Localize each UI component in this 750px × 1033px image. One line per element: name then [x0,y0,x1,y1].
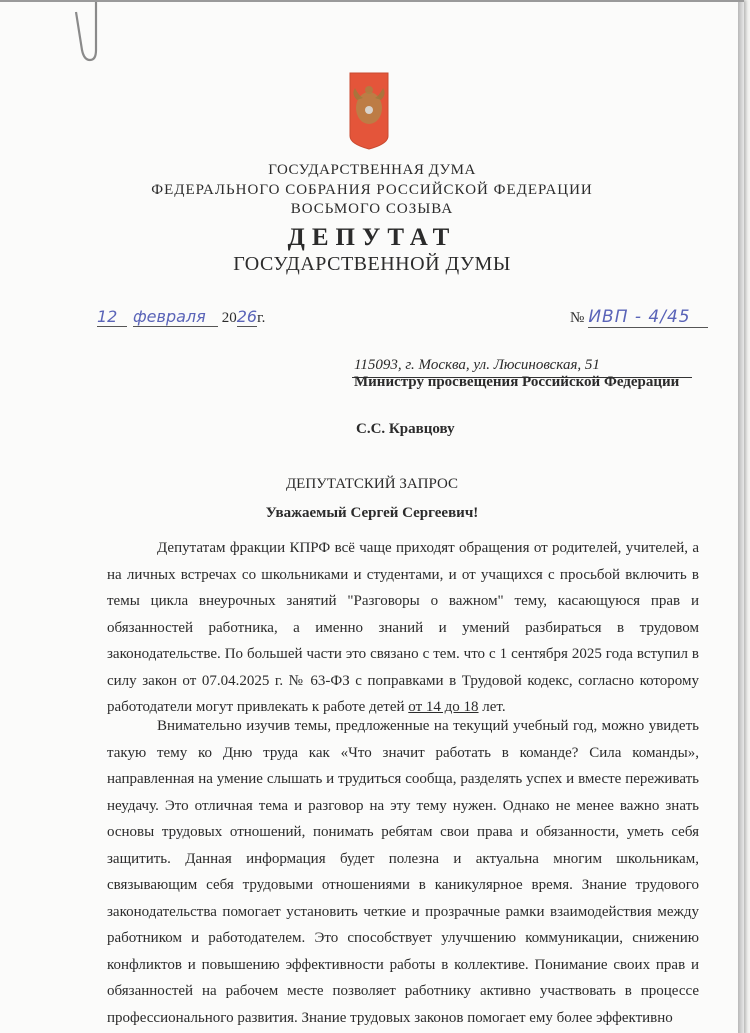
document-date: 12февраля 2026г. [97,307,265,327]
letter-title: ДЕПУТАТСКИЙ ЗАПРОС [0,476,744,493]
paragraph-2-text: Внимательно изучив темы, предложенные на… [107,713,699,1031]
document-page: ГОСУДАРСТВЕННАЯ ДУМА ФЕДЕРАЛЬНОГО СОБРАН… [0,0,744,1033]
paragraph-2: Внимательно изучив темы, предложенные на… [107,713,699,1031]
recipient-position: Министру просвещения Российской Федераци… [354,374,679,391]
recipient-address: 115093, г. Москва, ул. Люсиновская, 51 [354,357,600,374]
header-deputy-title: ДЕПУТАТ [0,224,744,252]
header-state-duma: ГОСУДАРСТВЕННАЯ ДУМА [0,162,744,179]
recipient-name: С.С. Кравцову [356,421,455,438]
date-year-suffix: 26 [237,307,257,327]
letter-salutation: Уважаемый Сергей Сергеевич! [0,505,744,522]
header-convocation: ВОСЬМОГО СОЗЫВА [0,201,744,218]
date-day: 12 [97,307,127,327]
paragraph-1-main: Депутатам фракции КПРФ всё чаще приходят… [107,540,699,715]
header-deputy-subtitle: ГОСУДАРСТВЕННОЙ ДУМЫ [0,253,744,276]
paragraph-1: Депутатам фракции КПРФ всё чаще приходят… [107,535,699,721]
number-label: № [570,310,584,326]
date-month: февраля [133,307,218,327]
document-number: №ИВП - 4/45 [570,307,708,328]
number-value: ИВП - 4/45 [588,307,708,328]
date-year-prefix: 20 [222,310,237,326]
russian-coat-of-arms-icon [349,72,389,150]
header-federal-assembly: ФЕДЕРАЛЬНОГО СОБРАНИЯ РОССИЙСКОЙ ФЕДЕРАЦ… [0,182,744,199]
date-year-unit: г. [257,310,265,326]
paperclip-icon [72,2,102,66]
